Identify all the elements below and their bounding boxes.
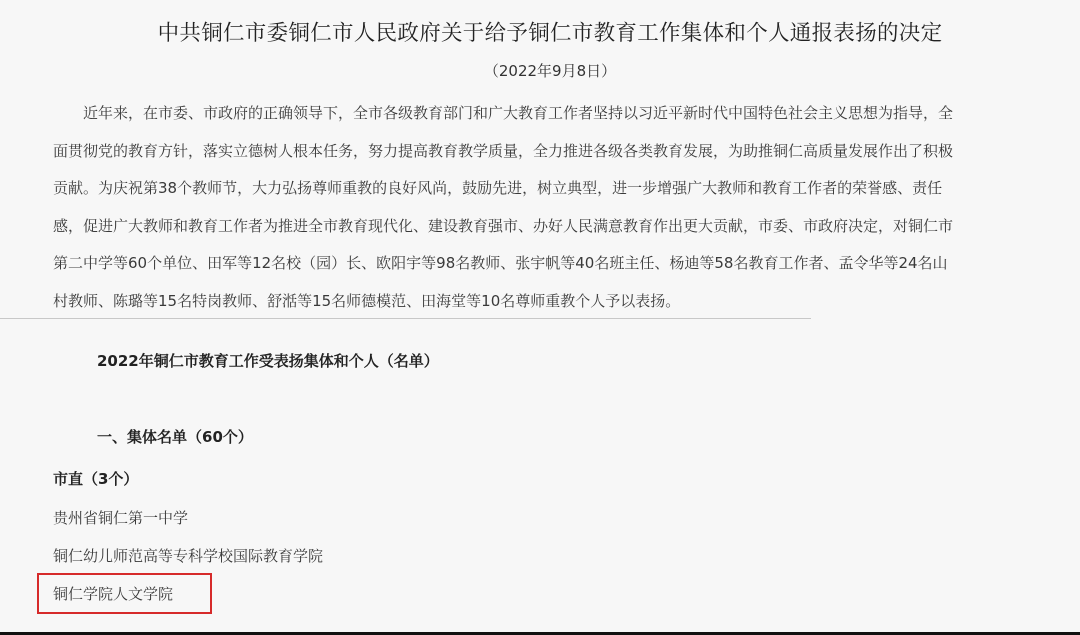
document-title: 中共铜仁市委铜仁市人民政府关于给予铜仁市教育工作集体和个人通报表扬的决定 [0,16,1080,47]
list-item: 贵州省铜仁第一中学 [53,507,188,528]
paragraph-line: 村教师、陈璐等15名特岗教师、舒湉等15名师德模范、田海堂等10名尊师重教个人予… [53,283,1028,321]
section-heading: 一、集体名单（60个） [97,426,253,447]
body-paragraph: 近年来，在市委、市政府的正确领导下，全市各级教育部门和广大教育工作者坚持以习近平… [53,95,1028,321]
list-title: 2022年铜仁市教育工作受表扬集体和个人（名单） [97,350,439,371]
paragraph-line: 感，促进广大教师和教育工作者为推进全市教育现代化、建设教育强市、办好人民满意教育… [53,208,1028,246]
document-date: （2022年9月8日） [0,60,1080,81]
paragraph-line: 贡献。为庆祝第38个教师节，大力弘扬尊师重教的良好风尚，鼓励先进，树立典型，进一… [53,170,1028,208]
paragraph-line: 第二中学等60个单位、田军等12名校（园）长、欧阳宇等98名教师、张宇帆等40名… [53,245,1028,283]
list-item: 铜仁幼儿师范高等专科学校国际教育学院 [53,545,323,566]
paragraph-line: 近年来，在市委、市政府的正确领导下，全市各级教育部门和广大教育工作者坚持以习近平… [53,95,1028,133]
highlight-box [37,573,212,614]
category-heading: 市直（3个） [53,468,138,489]
paragraph-line: 面贯彻党的教育方针，落实立德树人根本任务，努力提高教育教学质量，全力推进各级各类… [53,133,1028,171]
section-divider [0,318,811,319]
